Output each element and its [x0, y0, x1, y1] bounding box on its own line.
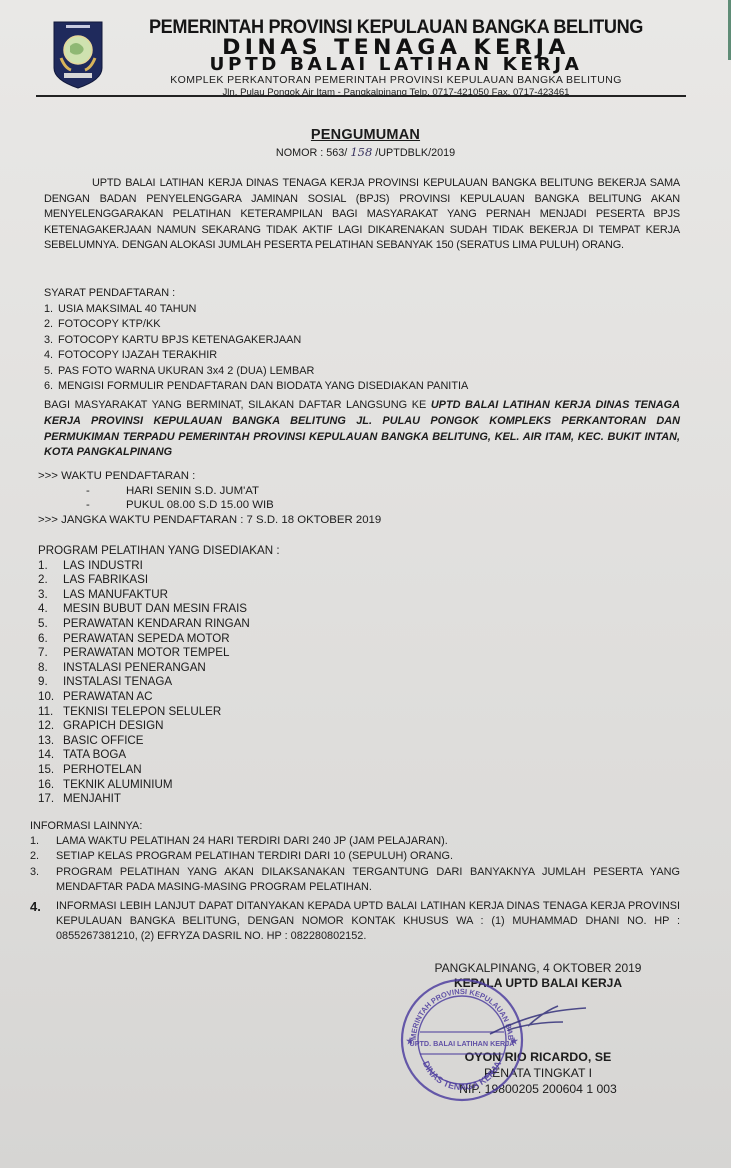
- requirement-item: 6.MENGISI FORMULIR PENDAFTARAN DAN BIODA…: [44, 379, 468, 395]
- requirement-text: MENGISI FORMULIR PENDAFTARAN DAN BIODATA…: [58, 380, 468, 392]
- training-program-number: 4.: [38, 602, 63, 617]
- training-program-name: PERAWATAN KENDARAN RINGAN: [63, 617, 250, 630]
- training-program-number: 9.: [38, 675, 63, 690]
- other-info-item: 3.PROGRAM PELATIHAN YANG AKAN DILAKSANAK…: [30, 865, 680, 895]
- training-program-name: GRAPICH DESIGN: [63, 719, 164, 732]
- requirement-number: 4.: [44, 348, 58, 364]
- other-info-number: 4.: [30, 899, 56, 945]
- other-info-item: 4.INFORMASI LEBIH LANJUT DAPAT DITANYAKA…: [30, 899, 680, 945]
- signer-rank: PENATA TINGKAT I: [398, 1065, 678, 1081]
- training-program-number: 17.: [38, 792, 63, 807]
- registration-time-text: PUKUL 08.00 S.D 15.00 WIB: [126, 499, 274, 511]
- requirement-text: USIA MAKSIMAL 40 TAHUN: [58, 303, 196, 315]
- training-program-item: 15.PERHOTELAN: [38, 763, 280, 778]
- training-program-name: PERAWATAN AC: [63, 690, 153, 703]
- training-program-name: MENJAHIT: [63, 792, 121, 805]
- training-program-number: 11.: [38, 705, 63, 720]
- other-info-list: 1.LAMA WAKTU PELATIHAN 24 HARI TERDIRI D…: [30, 834, 680, 944]
- document-number-handwritten: 158: [350, 145, 372, 159]
- training-program-item: 7.PERAWATAN MOTOR TEMPEL: [38, 646, 280, 661]
- document-number: NOMOR : 563/ 158 /UPTDBLK/2019: [0, 145, 731, 159]
- requirements-heading: SYARAT PENDAFTARAN :: [44, 286, 468, 302]
- document-number-suffix: /UPTDBLK/2019: [372, 147, 455, 159]
- place-date: PANGKALPINANG, 4 OKTOBER 2019: [398, 960, 678, 976]
- registration-location-intro: BAGI MASYARAKAT YANG BERMINAT, SILAKAN D…: [44, 399, 431, 411]
- requirements-section: SYARAT PENDAFTARAN : 1.USIA MAKSIMAL 40 …: [44, 286, 468, 395]
- training-program-item: 1.LAS INDUSTRI: [38, 559, 280, 574]
- letterhead-address: Jln. Pulau Pongok Air Itam - Pangkalpina…: [96, 87, 696, 99]
- requirement-number: 5.: [44, 364, 58, 380]
- other-info-text: LAMA WAKTU PELATIHAN 24 HARI TERDIRI DAR…: [56, 834, 680, 849]
- training-program-name: PERAWATAN MOTOR TEMPEL: [63, 646, 229, 659]
- registration-time-list: -HARI SENIN S.D. JUM'AT-PUKUL 08.00 S.D …: [38, 484, 381, 513]
- training-program-item: 17.MENJAHIT: [38, 792, 280, 807]
- training-program-item: 2.LAS FABRIKASI: [38, 573, 280, 588]
- training-program-number: 14.: [38, 748, 63, 763]
- training-program-item: 4.MESIN BUBUT DAN MESIN FRAIS: [38, 602, 280, 617]
- requirement-text: PAS FOTO WARNA UKURAN 3x4 2 (DUA) LEMBAR: [58, 365, 314, 377]
- other-info-section: INFORMASI LAINNYA: 1.LAMA WAKTU PELATIHA…: [30, 819, 680, 945]
- training-program-number: 10.: [38, 690, 63, 705]
- training-program-number: 5.: [38, 617, 63, 632]
- training-programs-section: PROGRAM PELATIHAN YANG DISEDIAKAN : 1.LA…: [38, 544, 280, 807]
- bullet-dash: -: [38, 484, 126, 499]
- training-program-name: LAS FABRIKASI: [63, 573, 148, 586]
- training-program-number: 12.: [38, 719, 63, 734]
- training-program-name: TEKNISI TELEPON SELULER: [63, 705, 221, 718]
- training-program-number: 13.: [38, 734, 63, 749]
- registration-period: >>> JANGKA WAKTU PENDAFTARAN : 7 S.D. 18…: [38, 513, 381, 528]
- training-program-item: 13.BASIC OFFICE: [38, 734, 280, 749]
- letterhead-divider: [36, 95, 686, 97]
- training-program-item: 12.GRAPICH DESIGN: [38, 719, 280, 734]
- registration-time-item: -HARI SENIN S.D. JUM'AT: [38, 484, 381, 499]
- other-info-item: 1.LAMA WAKTU PELATIHAN 24 HARI TERDIRI D…: [30, 834, 680, 849]
- training-program-name: LAS INDUSTRI: [63, 559, 143, 572]
- letterhead-unit: UPTD BALAI LATIHAN KERJA: [81, 57, 711, 73]
- training-program-name: MESIN BUBUT DAN MESIN FRAIS: [63, 602, 247, 615]
- training-program-item: 10.PERAWATAN AC: [38, 690, 280, 705]
- training-program-name: LAS MANUFAKTUR: [63, 588, 168, 601]
- training-program-name: TEKNIK ALUMINIUM: [63, 778, 173, 791]
- bullet-dash: -: [38, 498, 126, 513]
- training-program-number: 8.: [38, 661, 63, 676]
- training-program-number: 1.: [38, 559, 63, 574]
- letterhead-complex: KOMPLEK PERKANTORAN PEMERINTAH PROVINSI …: [96, 74, 696, 87]
- signer-name: OYON RIO RICARDO, SE: [398, 1049, 678, 1065]
- training-program-name: TATA BOGA: [63, 748, 126, 761]
- training-program-number: 2.: [38, 573, 63, 588]
- registration-time-section: >>> WAKTU PENDAFTARAN : -HARI SENIN S.D.…: [38, 469, 381, 527]
- other-info-text: INFORMASI LEBIH LANJUT DAPAT DITANYAKAN …: [56, 899, 680, 945]
- training-program-number: 15.: [38, 763, 63, 778]
- training-program-name: PERHOTELAN: [63, 763, 142, 776]
- registration-time-text: HARI SENIN S.D. JUM'AT: [126, 485, 259, 497]
- other-info-heading: INFORMASI LAINNYA:: [30, 819, 680, 834]
- requirement-item: 2.FOTOCOPY KTP/KK: [44, 317, 468, 333]
- letterhead: PEMERINTAH PROVINSI KEPULAUAN BANGKA BEL…: [96, 16, 696, 99]
- document-number-prefix: NOMOR : 563/: [276, 147, 350, 159]
- signer-position: KEPALA UPTD BALAI KERJA: [398, 975, 678, 991]
- requirement-number: 6.: [44, 379, 58, 395]
- training-programs-heading: PROGRAM PELATIHAN YANG DISEDIAKAN :: [38, 544, 280, 559]
- other-info-number: 3.: [30, 865, 56, 895]
- training-program-number: 6.: [38, 632, 63, 647]
- training-program-item: 5.PERAWATAN KENDARAN RINGAN: [38, 617, 280, 632]
- training-program-item: 6.PERAWATAN SEPEDA MOTOR: [38, 632, 280, 647]
- training-program-item: 16.TEKNIK ALUMINIUM: [38, 778, 280, 793]
- other-info-number: 2.: [30, 849, 56, 864]
- training-program-item: 11.TEKNISI TELEPON SELULER: [38, 705, 280, 720]
- requirement-text: FOTOCOPY KTP/KK: [58, 318, 160, 330]
- requirements-list: 1.USIA MAKSIMAL 40 TAHUN2.FOTOCOPY KTP/K…: [44, 302, 468, 395]
- requirement-item: 4.FOTOCOPY IJAZAH TERAKHIR: [44, 348, 468, 364]
- intro-paragraph: UPTD BALAI LATIHAN KERJA DINAS TENAGA KE…: [44, 176, 680, 254]
- other-info-item: 2.SETIAP KELAS PROGRAM PELATIHAN TERDIRI…: [30, 849, 680, 864]
- training-program-item: 9.INSTALASI TENAGA: [38, 675, 280, 690]
- training-program-item: 14.TATA BOGA: [38, 748, 280, 763]
- requirement-text: FOTOCOPY IJAZAH TERAKHIR: [58, 349, 217, 361]
- requirement-item: 1.USIA MAKSIMAL 40 TAHUN: [44, 302, 468, 318]
- registration-time-item: -PUKUL 08.00 S.D 15.00 WIB: [38, 498, 381, 513]
- other-info-text: SETIAP KELAS PROGRAM PELATIHAN TERDIRI D…: [56, 849, 680, 864]
- training-program-number: 7.: [38, 646, 63, 661]
- training-program-number: 3.: [38, 588, 63, 603]
- requirement-text: FOTOCOPY KARTU BPJS KETENAGAKERJAAN: [58, 334, 301, 346]
- training-program-name: PERAWATAN SEPEDA MOTOR: [63, 632, 230, 645]
- training-program-item: 3.LAS MANUFAKTUR: [38, 588, 280, 603]
- training-program-name: INSTALASI TENAGA: [63, 675, 172, 688]
- announcement-page: PEMERINTAH PROVINSI KEPULAUAN BANGKA BEL…: [0, 0, 731, 1168]
- registration-time-heading: >>> WAKTU PENDAFTARAN :: [38, 469, 381, 484]
- requirement-number: 3.: [44, 333, 58, 349]
- requirement-item: 3.FOTOCOPY KARTU BPJS KETENAGAKERJAAN: [44, 333, 468, 349]
- training-program-name: INSTALASI PENERANGAN: [63, 661, 206, 674]
- training-program-name: BASIC OFFICE: [63, 734, 144, 747]
- requirement-number: 2.: [44, 317, 58, 333]
- training-programs-list: 1.LAS INDUSTRI2.LAS FABRIKASI3.LAS MANUF…: [38, 559, 280, 807]
- requirement-number: 1.: [44, 302, 58, 318]
- other-info-text: PROGRAM PELATIHAN YANG AKAN DILAKSANAKAN…: [56, 865, 680, 895]
- training-program-item: 8.INSTALASI PENERANGAN: [38, 661, 280, 676]
- training-program-number: 16.: [38, 778, 63, 793]
- document-title: PENGUMUMAN: [0, 127, 731, 143]
- other-info-number: 1.: [30, 834, 56, 849]
- signer-nip: NIP. 19800205 200604 1 003: [398, 1081, 678, 1097]
- registration-location-paragraph: BAGI MASYARAKAT YANG BERMINAT, SILAKAN D…: [44, 398, 680, 461]
- requirement-item: 5.PAS FOTO WARNA UKURAN 3x4 2 (DUA) LEMB…: [44, 364, 468, 380]
- signature-block: PANGKALPINANG, 4 OKTOBER 2019 KEPALA UPT…: [398, 960, 678, 1097]
